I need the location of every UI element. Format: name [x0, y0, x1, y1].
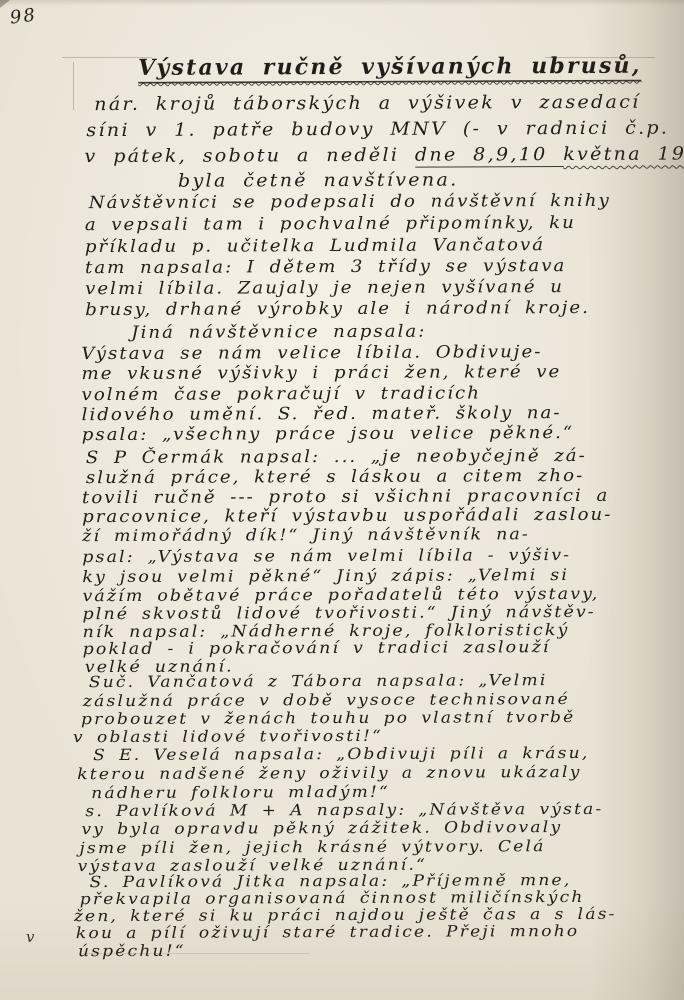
page-shadow-top — [0, 0, 684, 6]
page-shadow-bottom — [0, 0, 684, 1000]
chronicle-page-photo: 98 v Výstava ručně vyšívaných ubrusů,nár… — [0, 0, 684, 1000]
